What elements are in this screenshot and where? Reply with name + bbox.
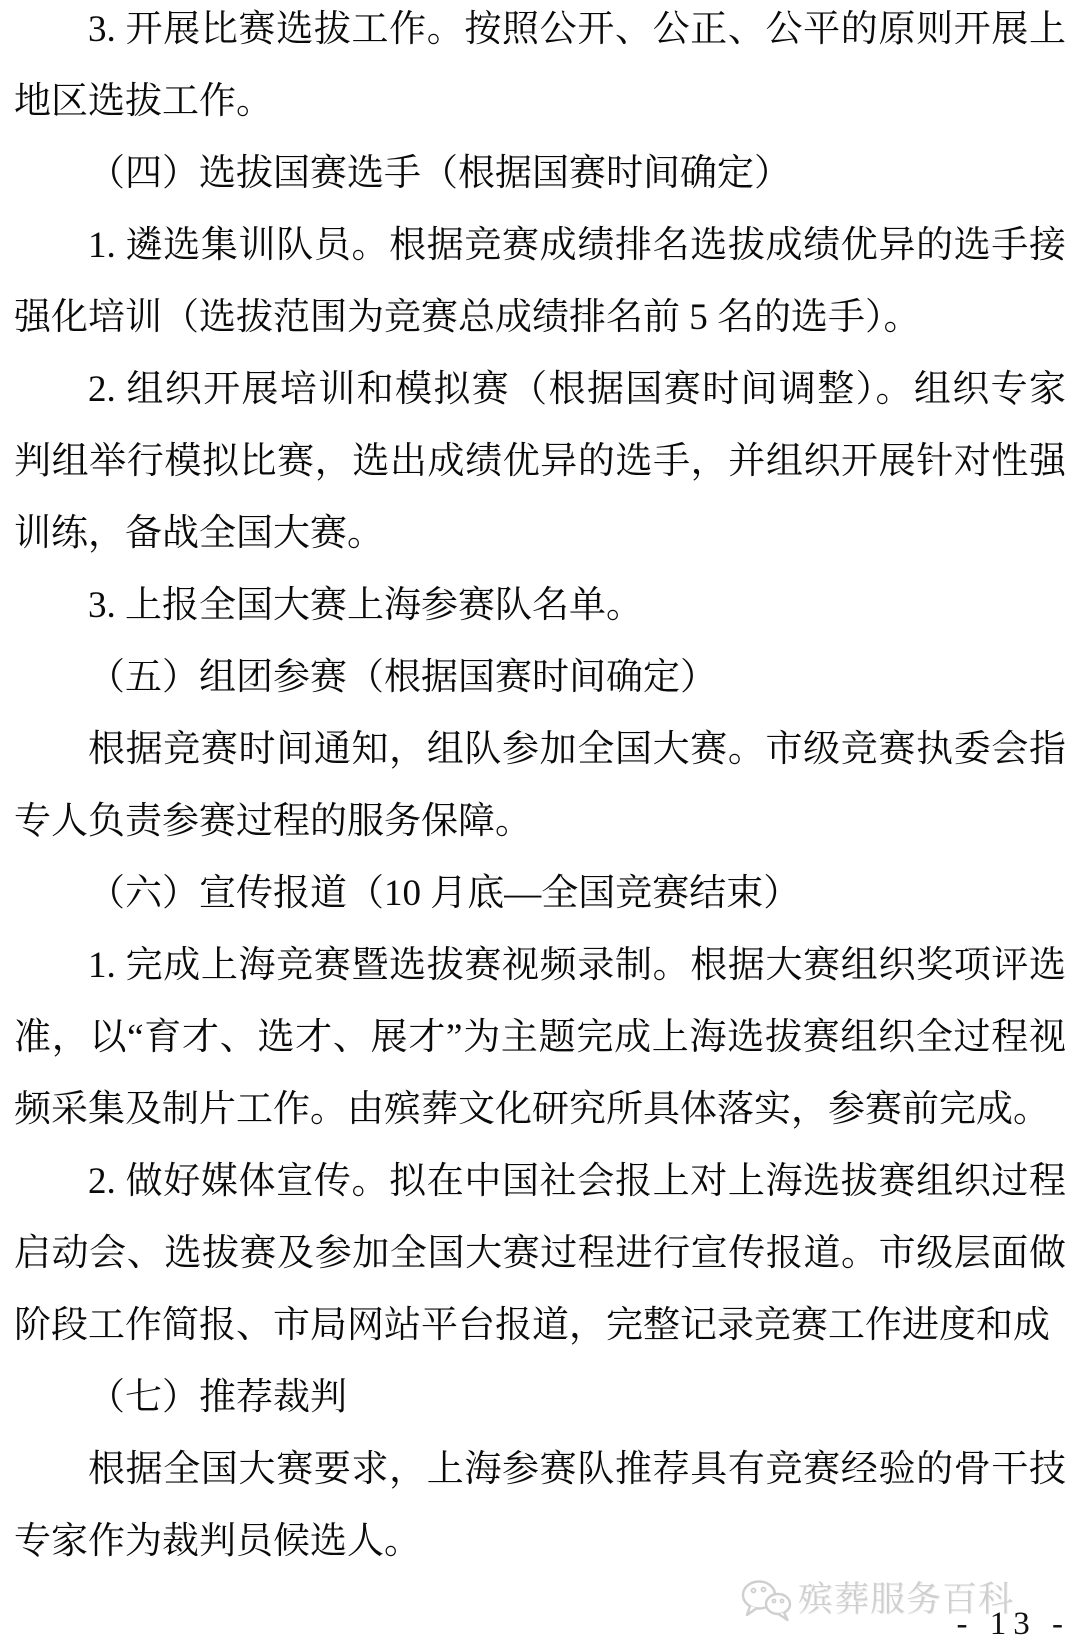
section-heading: （六）宣传报道（10 月底—全国竞赛结束） [14, 858, 1066, 930]
doc-line: 根据全国大赛要求，上海参赛队推荐具有竞赛经验的骨干技术 [14, 1434, 1066, 1506]
doc-line: 判组举行模拟比赛，选出成绩优异的选手，并组织开展针对性强化 [14, 426, 1066, 498]
doc-line: 3. 上报全国大赛上海参赛队名单。 [14, 570, 1066, 642]
doc-line: 专家作为裁判员候选人。 [14, 1506, 1066, 1578]
doc-line: 阶段工作简报、市局网站平台报道，完整记录竞赛工作进度和成果。 [14, 1290, 1066, 1362]
section-heading: （七）推荐裁判 [14, 1362, 1066, 1434]
doc-line: 专人负责参赛过程的服务保障。 [14, 786, 1066, 858]
section-heading: （四）选拔国赛选手（根据国赛时间确定） [14, 138, 1066, 210]
doc-line: 启动会、选拔赛及参加全国大赛过程进行宣传报道。市级层面做好 [14, 1218, 1066, 1290]
wechat-logo-icon [740, 1578, 792, 1622]
doc-line: 频采集及制片工作。由殡葬文化研究所具体落实，参赛前完成。 [14, 1074, 1066, 1146]
doc-line: 2. 做好媒体宣传。拟在中国社会报上对上海选拔赛组织过程中 [14, 1146, 1066, 1218]
doc-line: 强化培训（选拔范围为竞赛总成绩排名前 5 名的选手）。 [14, 282, 1066, 354]
doc-line: 准，以“育才、选才、展才”为主题完成上海选拔赛组织全过程视 [14, 1002, 1066, 1074]
doc-line: 1. 完成上海竞赛暨选拔赛视频录制。根据大赛组织奖项评选标 [14, 930, 1066, 1002]
document-page: 3. 开展比赛选拔工作。按照公开、公正、公平的原则开展上海 地区选拔工作。 （四… [0, 0, 1080, 1578]
doc-line: 2. 组织开展培训和模拟赛（根据国赛时间调整）。组织专家裁 [14, 354, 1066, 426]
doc-line: 训练，备战全国大赛。 [14, 498, 1066, 570]
doc-line: 1. 遴选集训队员。根据竞赛成绩排名选拔成绩优异的选手接受 [14, 210, 1066, 282]
doc-line: 地区选拔工作。 [14, 66, 1066, 138]
section-heading: （五）组团参赛（根据国赛时间确定） [14, 642, 1066, 714]
doc-line: 根据竞赛时间通知，组队参加全国大赛。市级竞赛执委会指定 [14, 714, 1066, 786]
doc-line: 3. 开展比赛选拔工作。按照公开、公正、公平的原则开展上海 [14, 0, 1066, 66]
page-number: - 13 - [957, 1604, 1070, 1644]
